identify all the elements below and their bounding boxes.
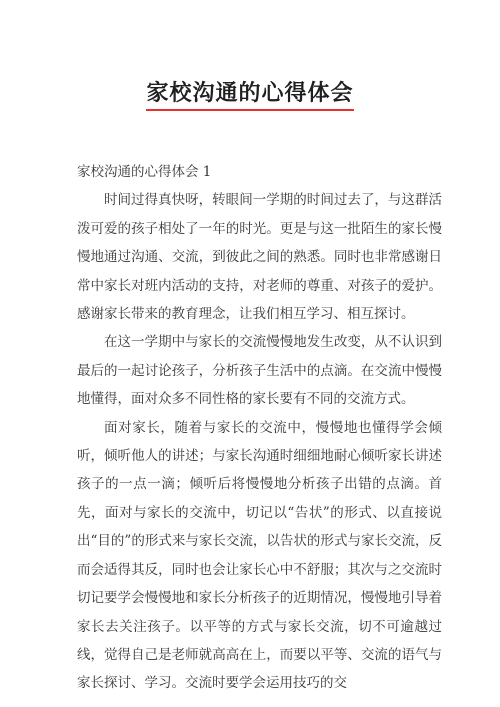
section-heading: 家校沟通的心得体会 1 [77,158,442,186]
document-body: 家校沟通的心得体会 1 时间过得真快呀，转眼间一学期的时间过去了，与这群活泼可爱… [77,158,442,698]
document-page: 家校沟通的心得体会 家校沟通的心得体会 1 时间过得真快呀，转眼间一学期的时间过… [0,0,500,707]
paragraph-list: 时间过得真快呀，转眼间一学期的时间过去了，与这群活泼可爱的孩子相处了一年的时光。… [77,186,442,697]
document-title-text: 家校沟通的心得体会 [146,76,353,111]
paragraph: 时间过得真快呀，转眼间一学期的时间过去了，与这群活泼可爱的孩子相处了一年的时光。… [77,186,442,328]
document-title: 家校沟通的心得体会 [0,76,500,111]
paragraph: 面对家长，随着与家长的交流中，慢慢地也懂得学会倾听，倾听他人的讲述；与家长沟通时… [77,414,442,698]
paragraph: 在这一学期中与家长的交流慢慢地发生改变，从不认识到最后的一起讨论孩子，分析孩子生… [77,328,442,413]
